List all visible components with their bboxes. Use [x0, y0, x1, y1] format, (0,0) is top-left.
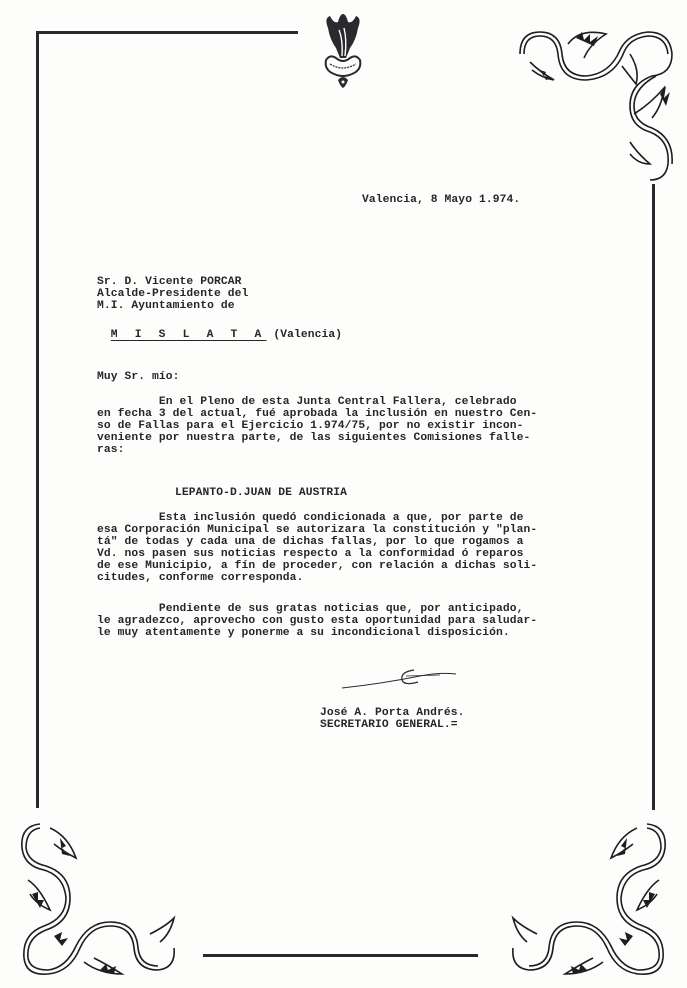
recipient-province: (Valencia)	[273, 329, 342, 341]
paragraph-3-line: Pendiente de sus gratas noticias que, po…	[97, 604, 524, 616]
paragraph-1-line: ras:	[97, 445, 125, 457]
paragraph-1-line: so de Fallas para el Ejercicio 1.974/75,…	[97, 421, 524, 433]
recipient-line-1: Sr. D. Vicente PORCAR	[97, 277, 241, 289]
paragraph-1-line: En el Pleno de esta Junta Central Faller…	[97, 397, 517, 409]
frame-bottom-line	[203, 954, 478, 957]
signatory-name: José A. Porta Andrés.	[320, 708, 464, 720]
paragraph-3-line: le muy atentamente y ponerme a su incond…	[97, 628, 510, 640]
recipient-city-line: M I S L A T A (Valencia)	[97, 318, 342, 341]
paragraph-2-line: Vd. nos pasen sus noticias respecto a la…	[97, 549, 524, 561]
handwritten-signature-icon	[340, 666, 460, 692]
paragraph-2-line: esa Corporación Municipal se autorizara …	[97, 525, 537, 537]
paragraph-3-line: le agradezco, aprovecho con gusto esta o…	[97, 616, 537, 628]
paragraph-2-line: citudes, conforme corresponda.	[97, 573, 303, 585]
recipient-line-3: M.I. Ayuntamiento de	[97, 301, 235, 313]
paragraph-2-line: de ese Municipio, a fín de proceder, con…	[97, 561, 537, 573]
recipient-city: M I S L A T A	[111, 329, 267, 341]
paragraph-2-line: Esta inclusión quedó condicionada a que,…	[97, 513, 524, 525]
corner-ornament-top-right-icon	[510, 14, 680, 184]
frame-right-line	[652, 184, 655, 810]
frame-left-line	[36, 31, 39, 808]
signatory-title: SECRETARIO GENERAL.=	[320, 720, 458, 732]
salutation: Muy Sr. mío:	[97, 372, 180, 384]
paragraph-1-line: veniente por nuestra parte, de las sigui…	[97, 433, 530, 445]
frame-top-line	[36, 31, 298, 34]
corner-ornament-bottom-right-icon	[507, 814, 677, 984]
paragraph-2-line: tá" de todas y cada una de dichas fallas…	[97, 537, 524, 549]
paragraph-1-line: en fecha 3 del actual, fué aprobada la i…	[97, 409, 537, 421]
junta-central-fallera-emblem-icon	[322, 10, 364, 92]
commission-name: LEPANTO-D.JUAN DE AUSTRIA	[175, 488, 347, 500]
corner-ornament-bottom-left-icon	[10, 814, 180, 984]
date-line: Valencia, 8 Mayo 1.974.	[362, 195, 520, 207]
recipient-line-2: Alcalde-Presidente del	[97, 289, 248, 301]
